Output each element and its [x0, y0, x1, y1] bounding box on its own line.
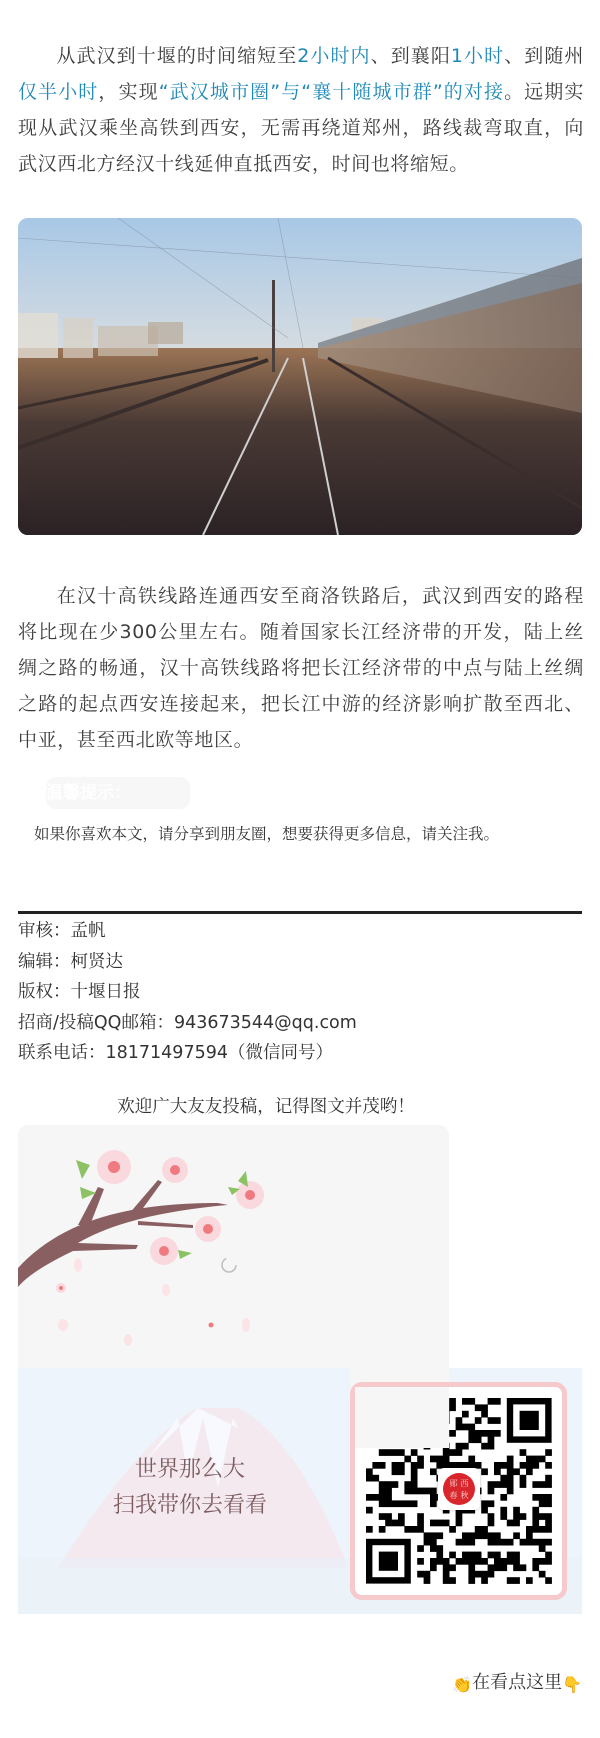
- train-photo: [18, 218, 582, 535]
- credit-label: 联系电话：: [18, 1043, 106, 1063]
- slogan-line-2: 扫我带你去看看: [40, 1488, 340, 1524]
- credit-label: 版权：: [18, 982, 71, 1002]
- loading-spinner-icon: [222, 1258, 236, 1272]
- sakura-overlap-inner: [355, 1387, 449, 1448]
- credit-row: 招商/投稿QQ邮箱：943673544@qq.com: [18, 1008, 357, 1039]
- sakura-illustration: [18, 1125, 449, 1368]
- article-paragraph-2: 在汉十高铁线路连通西安至商洛铁路后，武汉到西安的路程将比现在少300公里左右。随…: [18, 578, 584, 758]
- credit-value: 18171497594（微信同号）: [106, 1043, 333, 1063]
- tip-badge: 温馨提示：: [46, 777, 190, 809]
- point-down-icon: 👇: [562, 1675, 582, 1694]
- promo-slogan: 世界那么大 扫我带你去看看: [40, 1452, 340, 1524]
- tip-text: 如果你喜欢本文，请分享到朋友圈，想要获得更多信息，请关注我。: [34, 822, 499, 846]
- body-text: 、到襄阳: [371, 45, 451, 67]
- credit-value: 943673544@qq.com: [174, 1013, 357, 1033]
- highlight-text: 1小时: [451, 45, 504, 67]
- train-tracks-illustration: [18, 218, 582, 535]
- credits-list: 审核：孟帆编辑：柯贤达版权：十堰日报招商/投稿QQ邮箱：943673544@qq…: [18, 916, 357, 1069]
- seal-logo-icon: 郧西春秋: [443, 1473, 475, 1505]
- credit-label: 审核：: [18, 921, 71, 941]
- credit-value: 孟帆: [71, 921, 106, 941]
- body-text: ，实现: [98, 81, 158, 103]
- paragraph-2-text: 在汉十高铁线路连通西安至商洛铁路后，武汉到西安的路程将比现在少300公里左右。随…: [18, 585, 584, 751]
- credit-row: 版权：十堰日报: [18, 977, 357, 1008]
- welcome-text: 欢迎广大友友投稿，记得图文并茂哟！: [0, 1093, 600, 1118]
- read-more-link[interactable]: 👏 在看点这里 👇: [452, 1668, 582, 1694]
- article-paragraph-1: 从武汉到十堰的时间缩短至2小时内、到襄阳1小时、到随州仅半小时，实现“武汉城市圈…: [18, 38, 584, 182]
- credit-value: 柯贤达: [71, 952, 124, 972]
- divider: [18, 911, 582, 914]
- credit-label: 编辑：: [18, 952, 71, 972]
- credit-value: 十堰日报: [71, 982, 141, 1002]
- highlight-text: 2小时内: [297, 45, 370, 67]
- credit-label: 招商/投稿QQ邮箱：: [18, 1013, 174, 1033]
- highlight-text: 仅半小时: [18, 81, 98, 103]
- read-more-label: 在看点这里: [472, 1668, 562, 1694]
- credit-row: 审核：孟帆: [18, 916, 357, 947]
- highlight-text: “武汉城市圈”与“襄十随城市群”的对接: [159, 81, 504, 103]
- credit-row: 联系电话：18171497594（微信同号）: [18, 1038, 357, 1069]
- clap-icon: 👏: [452, 1675, 472, 1694]
- paragraph-1-text: 从武汉到十堰的时间缩短至2小时内、到襄阳1小时、到随州仅半小时，实现“武汉城市圈…: [18, 45, 584, 175]
- body-text: 从武汉到十堰的时间缩短至: [56, 45, 297, 67]
- qr-logo: 郧西春秋: [438, 1468, 480, 1510]
- body-text: 、到随州: [504, 45, 584, 67]
- cherry-blossom-branch-icon: [18, 1125, 449, 1368]
- slogan-line-1: 世界那么大: [40, 1452, 340, 1488]
- credit-row: 编辑：柯贤达: [18, 947, 357, 978]
